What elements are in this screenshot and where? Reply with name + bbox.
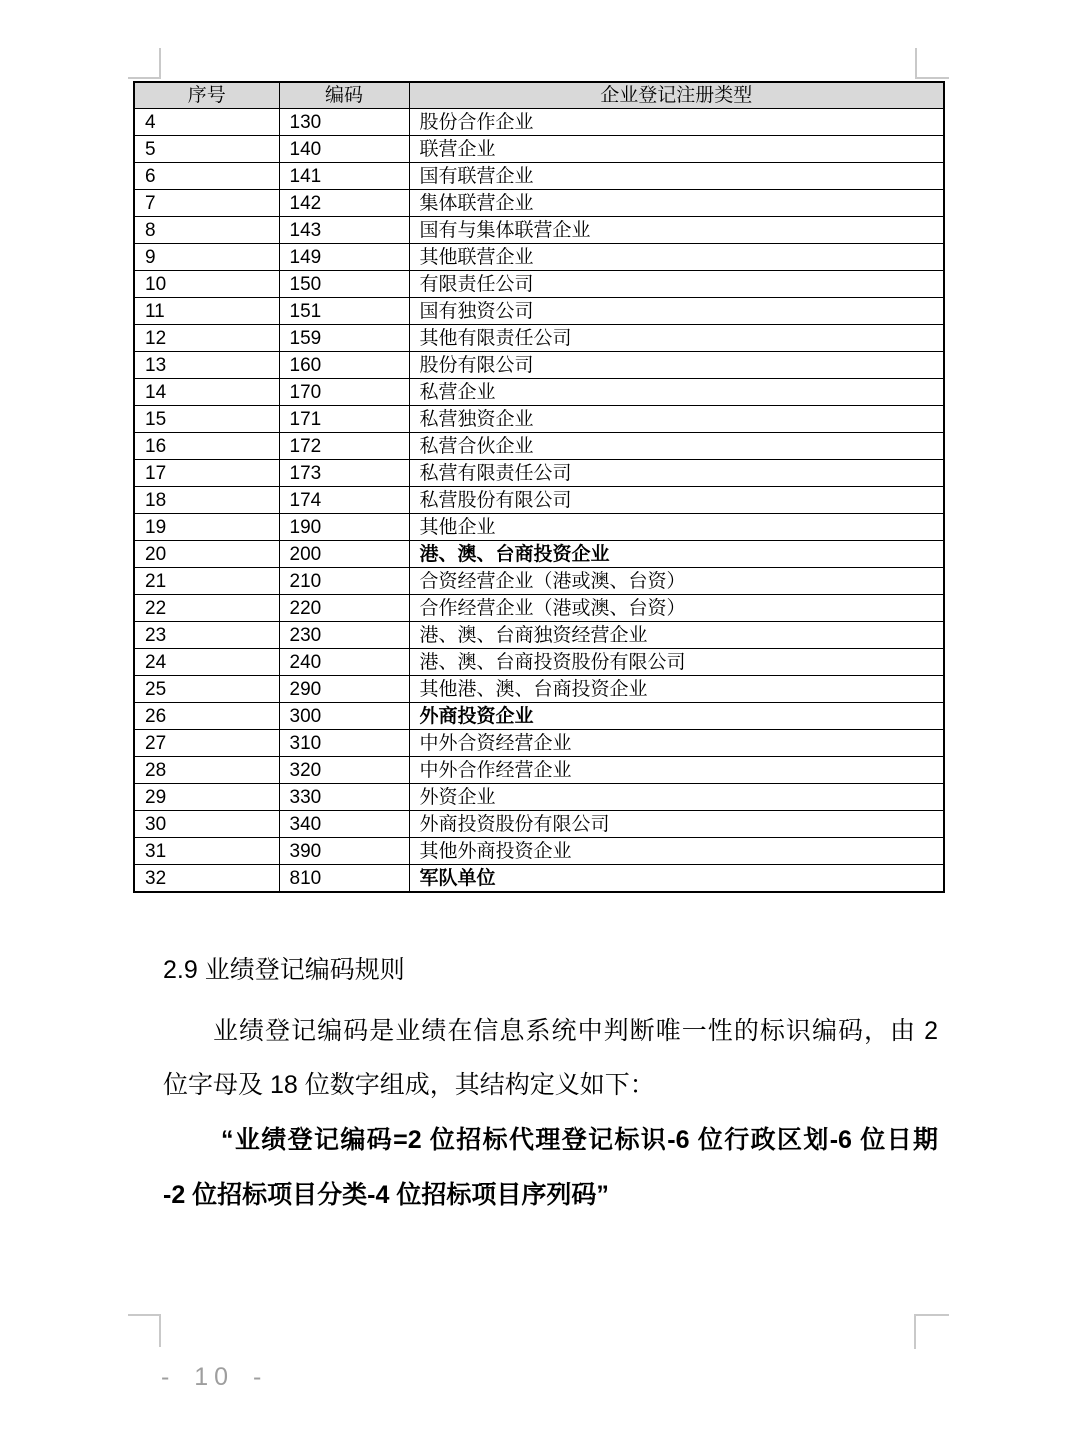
row-type-cell: 中外合资经营企业 bbox=[409, 730, 944, 757]
row-type-cell: 私营企业 bbox=[409, 379, 944, 406]
paragraph-line-1: 业绩登记编码是业绩在信息系统中判断唯一性的标识编码，由 2 bbox=[163, 1017, 938, 1045]
table-row: 29330外资企业 bbox=[134, 784, 944, 811]
row-code-cell: 151 bbox=[279, 298, 409, 325]
crop-mark-bottom-right bbox=[914, 1314, 949, 1349]
row-code-cell: 300 bbox=[279, 703, 409, 730]
table-row: 19190其他企业 bbox=[134, 514, 944, 541]
row-type-cell: 其他有限责任公司 bbox=[409, 325, 944, 352]
row-index-cell: 20 bbox=[134, 541, 279, 568]
table-header-row: 序号 编码 企业登记注册类型 bbox=[134, 82, 944, 109]
row-index-cell: 26 bbox=[134, 703, 279, 730]
row-type-cell: 港、澳、台商投资企业 bbox=[409, 541, 944, 568]
row-index-cell: 9 bbox=[134, 244, 279, 271]
header-cell-type: 企业登记注册类型 bbox=[409, 82, 944, 109]
row-type-cell: 合资经营企业（港或澳、台资） bbox=[409, 568, 944, 595]
table-row: 7142集体联营企业 bbox=[134, 190, 944, 217]
row-type-cell: 军队单位 bbox=[409, 865, 944, 893]
row-code-cell: 174 bbox=[279, 487, 409, 514]
row-code-cell: 200 bbox=[279, 541, 409, 568]
row-code-cell: 149 bbox=[279, 244, 409, 271]
header-cell-code: 编码 bbox=[279, 82, 409, 109]
row-type-cell: 其他外商投资企业 bbox=[409, 838, 944, 865]
registration-type-table: 序号 编码 企业登记注册类型 4130股份合作企业5140联营企业6141国有联… bbox=[133, 81, 945, 893]
table-row: 5140联营企业 bbox=[134, 136, 944, 163]
table-row: 20200港、澳、台商投资企业 bbox=[134, 541, 944, 568]
header-cell-index: 序号 bbox=[134, 82, 279, 109]
table-row: 13160股份有限公司 bbox=[134, 352, 944, 379]
table-row: 6141国有联营企业 bbox=[134, 163, 944, 190]
row-index-cell: 8 bbox=[134, 217, 279, 244]
crop-mark-top-right bbox=[915, 48, 949, 79]
row-code-cell: 190 bbox=[279, 514, 409, 541]
row-type-cell: 中外合作经营企业 bbox=[409, 757, 944, 784]
row-type-cell: 股份有限公司 bbox=[409, 352, 944, 379]
row-code-cell: 140 bbox=[279, 136, 409, 163]
row-code-cell: 160 bbox=[279, 352, 409, 379]
row-type-cell: 集体联营企业 bbox=[409, 190, 944, 217]
row-type-cell: 有限责任公司 bbox=[409, 271, 944, 298]
row-code-cell: 390 bbox=[279, 838, 409, 865]
row-code-cell: 172 bbox=[279, 433, 409, 460]
row-type-cell: 国有独资公司 bbox=[409, 298, 944, 325]
table-row: 4130股份合作企业 bbox=[134, 109, 944, 136]
row-index-cell: 13 bbox=[134, 352, 279, 379]
table-row: 31390其他外商投资企业 bbox=[134, 838, 944, 865]
table-row: 32810军队单位 bbox=[134, 865, 944, 893]
row-index-cell: 6 bbox=[134, 163, 279, 190]
row-code-cell: 330 bbox=[279, 784, 409, 811]
row-code-cell: 230 bbox=[279, 622, 409, 649]
table-row: 12159其他有限责任公司 bbox=[134, 325, 944, 352]
row-index-cell: 24 bbox=[134, 649, 279, 676]
table-row: 25290其他港、澳、台商投资企业 bbox=[134, 676, 944, 703]
row-code-cell: 210 bbox=[279, 568, 409, 595]
row-index-cell: 4 bbox=[134, 109, 279, 136]
row-type-cell: 外商投资股份有限公司 bbox=[409, 811, 944, 838]
row-code-cell: 220 bbox=[279, 595, 409, 622]
row-code-cell: 310 bbox=[279, 730, 409, 757]
row-type-cell: 其他联营企业 bbox=[409, 244, 944, 271]
crop-mark-top-left bbox=[128, 48, 161, 79]
row-code-cell: 170 bbox=[279, 379, 409, 406]
table-row: 11151国有独资公司 bbox=[134, 298, 944, 325]
row-index-cell: 32 bbox=[134, 865, 279, 893]
row-type-cell: 其他企业 bbox=[409, 514, 944, 541]
row-code-cell: 173 bbox=[279, 460, 409, 487]
row-code-cell: 240 bbox=[279, 649, 409, 676]
row-index-cell: 12 bbox=[134, 325, 279, 352]
table-row: 9149其他联营企业 bbox=[134, 244, 944, 271]
row-type-cell: 联营企业 bbox=[409, 136, 944, 163]
table-row: 15171私营独资企业 bbox=[134, 406, 944, 433]
row-code-cell: 142 bbox=[279, 190, 409, 217]
row-index-cell: 7 bbox=[134, 190, 279, 217]
row-code-cell: 159 bbox=[279, 325, 409, 352]
row-type-cell: 外商投资企业 bbox=[409, 703, 944, 730]
row-code-cell: 141 bbox=[279, 163, 409, 190]
row-index-cell: 21 bbox=[134, 568, 279, 595]
row-index-cell: 22 bbox=[134, 595, 279, 622]
table-row: 22220合作经营企业（港或澳、台资） bbox=[134, 595, 944, 622]
row-index-cell: 29 bbox=[134, 784, 279, 811]
table-row: 18174私营股份有限公司 bbox=[134, 487, 944, 514]
paragraph-line-2: 位字母及 18 位数字组成，其结构定义如下： bbox=[163, 1071, 938, 1099]
row-code-cell: 290 bbox=[279, 676, 409, 703]
row-type-cell: 私营股份有限公司 bbox=[409, 487, 944, 514]
row-type-cell: 港、澳、台商投资股份有限公司 bbox=[409, 649, 944, 676]
table-row: 14170私营企业 bbox=[134, 379, 944, 406]
row-index-cell: 14 bbox=[134, 379, 279, 406]
row-type-cell: 外资企业 bbox=[409, 784, 944, 811]
row-type-cell: 其他港、澳、台商投资企业 bbox=[409, 676, 944, 703]
row-index-cell: 28 bbox=[134, 757, 279, 784]
row-code-cell: 171 bbox=[279, 406, 409, 433]
row-index-cell: 31 bbox=[134, 838, 279, 865]
document-page: 序号 编码 企业登记注册类型 4130股份合作企业5140联营企业6141国有联… bbox=[0, 0, 1075, 1447]
table-row: 26300外商投资企业 bbox=[134, 703, 944, 730]
table-row: 23230港、澳、台商独资经营企业 bbox=[134, 622, 944, 649]
row-index-cell: 23 bbox=[134, 622, 279, 649]
table-row: 10150有限责任公司 bbox=[134, 271, 944, 298]
row-type-cell: 国有与集体联营企业 bbox=[409, 217, 944, 244]
row-type-cell: 国有联营企业 bbox=[409, 163, 944, 190]
row-index-cell: 19 bbox=[134, 514, 279, 541]
row-code-cell: 810 bbox=[279, 865, 409, 893]
table-row: 27310中外合资经营企业 bbox=[134, 730, 944, 757]
row-type-cell: 合作经营企业（港或澳、台资） bbox=[409, 595, 944, 622]
row-type-cell: 港、澳、台商独资经营企业 bbox=[409, 622, 944, 649]
table-row: 24240港、澳、台商投资股份有限公司 bbox=[134, 649, 944, 676]
row-code-cell: 150 bbox=[279, 271, 409, 298]
row-index-cell: 25 bbox=[134, 676, 279, 703]
row-code-cell: 340 bbox=[279, 811, 409, 838]
row-type-cell: 私营有限责任公司 bbox=[409, 460, 944, 487]
row-index-cell: 16 bbox=[134, 433, 279, 460]
row-index-cell: 11 bbox=[134, 298, 279, 325]
row-type-cell: 私营独资企业 bbox=[409, 406, 944, 433]
table-row: 8143国有与集体联营企业 bbox=[134, 217, 944, 244]
table-row: 16172私营合伙企业 bbox=[134, 433, 944, 460]
page-number: - 10 - bbox=[161, 1363, 267, 1391]
table-row: 28320中外合作经营企业 bbox=[134, 757, 944, 784]
row-code-cell: 320 bbox=[279, 757, 409, 784]
row-type-cell: 私营合伙企业 bbox=[409, 433, 944, 460]
row-code-cell: 130 bbox=[279, 109, 409, 136]
section-heading: 2.9 业绩登记编码规则 bbox=[163, 956, 938, 984]
row-type-cell: 股份合作企业 bbox=[409, 109, 944, 136]
formula-line-2: -2 位招标项目分类-4 位招标项目序列码” bbox=[163, 1181, 938, 1209]
table-row: 21210合资经营企业（港或澳、台资） bbox=[134, 568, 944, 595]
table-row: 17173私营有限责任公司 bbox=[134, 460, 944, 487]
row-index-cell: 30 bbox=[134, 811, 279, 838]
row-index-cell: 10 bbox=[134, 271, 279, 298]
row-index-cell: 15 bbox=[134, 406, 279, 433]
row-code-cell: 143 bbox=[279, 217, 409, 244]
row-index-cell: 18 bbox=[134, 487, 279, 514]
row-index-cell: 5 bbox=[134, 136, 279, 163]
row-index-cell: 27 bbox=[134, 730, 279, 757]
row-index-cell: 17 bbox=[134, 460, 279, 487]
crop-mark-bottom-left bbox=[128, 1314, 161, 1347]
table-row: 30340外商投资股份有限公司 bbox=[134, 811, 944, 838]
formula-line-1: “业绩登记编码=2 位招标代理登记标识-6 位行政区划-6 位日期 bbox=[163, 1126, 938, 1154]
